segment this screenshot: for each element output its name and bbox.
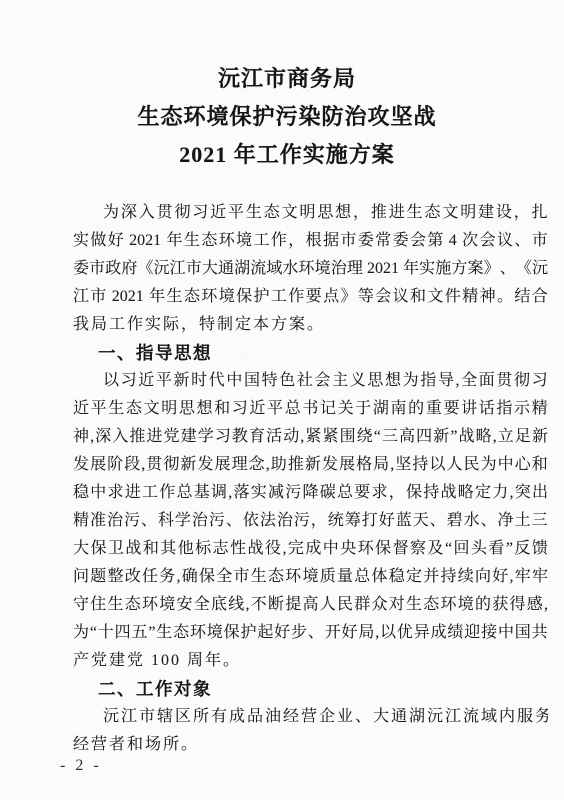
body-text-line: 发展阶段,贯彻新发展理念,助推新发展格局,坚持以人民为中心和 — [73, 451, 548, 479]
document-body: 为深入贯彻习近平生态文明思想，推进生态文明建设，扎 实做好 2021 年生态环境… — [73, 199, 548, 759]
body-text-line: 实做好 2021 年生态环境工作，根据市委常委会第 4 次会议、市 — [73, 227, 548, 255]
body-text-line: 为深入贯彻习近平生态文明思想，推进生态文明建设，扎 — [73, 199, 548, 227]
body-text-line: 以习近平新时代中国特色社会主义思想为指导,全面贯彻习 — [73, 367, 548, 395]
body-text-line: 精准治污、科学治污、依法治污，统筹打好蓝天、碧水、净土三 — [73, 507, 548, 535]
body-text-line: 委市政府《沅江市大通湖流域水环境治理 2021 年实施方案》、《沅 — [73, 255, 548, 283]
body-text-line: 江市 2021 年生态环境保护工作要点》等会议和文件精神。结合 — [73, 283, 548, 311]
document-title-line: 沅江市商务局 — [10, 60, 564, 98]
scanned-document-page: { "document": { "title_lines": [ "沅江市商务局… — [0, 0, 564, 800]
body-text-line: 神,深入推进党建学习教育活动,紧紧围绕“三高四新”战略,立足新 — [73, 423, 548, 451]
document-title-line: 生态环境保护污染防治攻坚战 — [10, 98, 564, 136]
body-text-line: 沅江市辖区所有成品油经营企业、大通湖沅江流域内服务业 — [73, 703, 548, 731]
body-text-line: 经营者和场所。 — [73, 731, 548, 759]
body-text-line: 守住生态环境安全底线,不断提高人民群众对生态环境的获得感, — [73, 591, 548, 619]
body-text-line: 近平生态文明思想和习近平总书记关于湖南的重要讲话指示精 — [73, 395, 548, 423]
document-title-line: 2021 年工作实施方案 — [10, 136, 564, 174]
document-title: 沅江市商务局 生态环境保护污染防治攻坚战 2021 年工作实施方案 — [10, 60, 564, 174]
body-text-line: 问题整改任务,确保全市生态环境质量总体稳定并持续向好,牢牢 — [73, 563, 548, 591]
page-number: - 2 - — [60, 757, 102, 775]
section-heading: 一、指导思想 — [73, 339, 548, 367]
body-text-line: 我局工作实际，特制定本方案。 — [73, 311, 548, 339]
body-text-line: 为“十四五”生态环境保护起好步、开好局,以优异成绩迎接中国共 — [73, 619, 548, 647]
body-text-line: 产党建党 100 周年。 — [73, 647, 548, 675]
body-text-line: 稳中求进工作总基调,落实减污降碳总要求，保持战略定力,突出 — [73, 479, 548, 507]
body-text-line: 大保卫战和其他标志性战役,完成中央环保督察及“回头看”反馈 — [73, 535, 548, 563]
section-heading: 二、工作对象 — [73, 675, 548, 703]
